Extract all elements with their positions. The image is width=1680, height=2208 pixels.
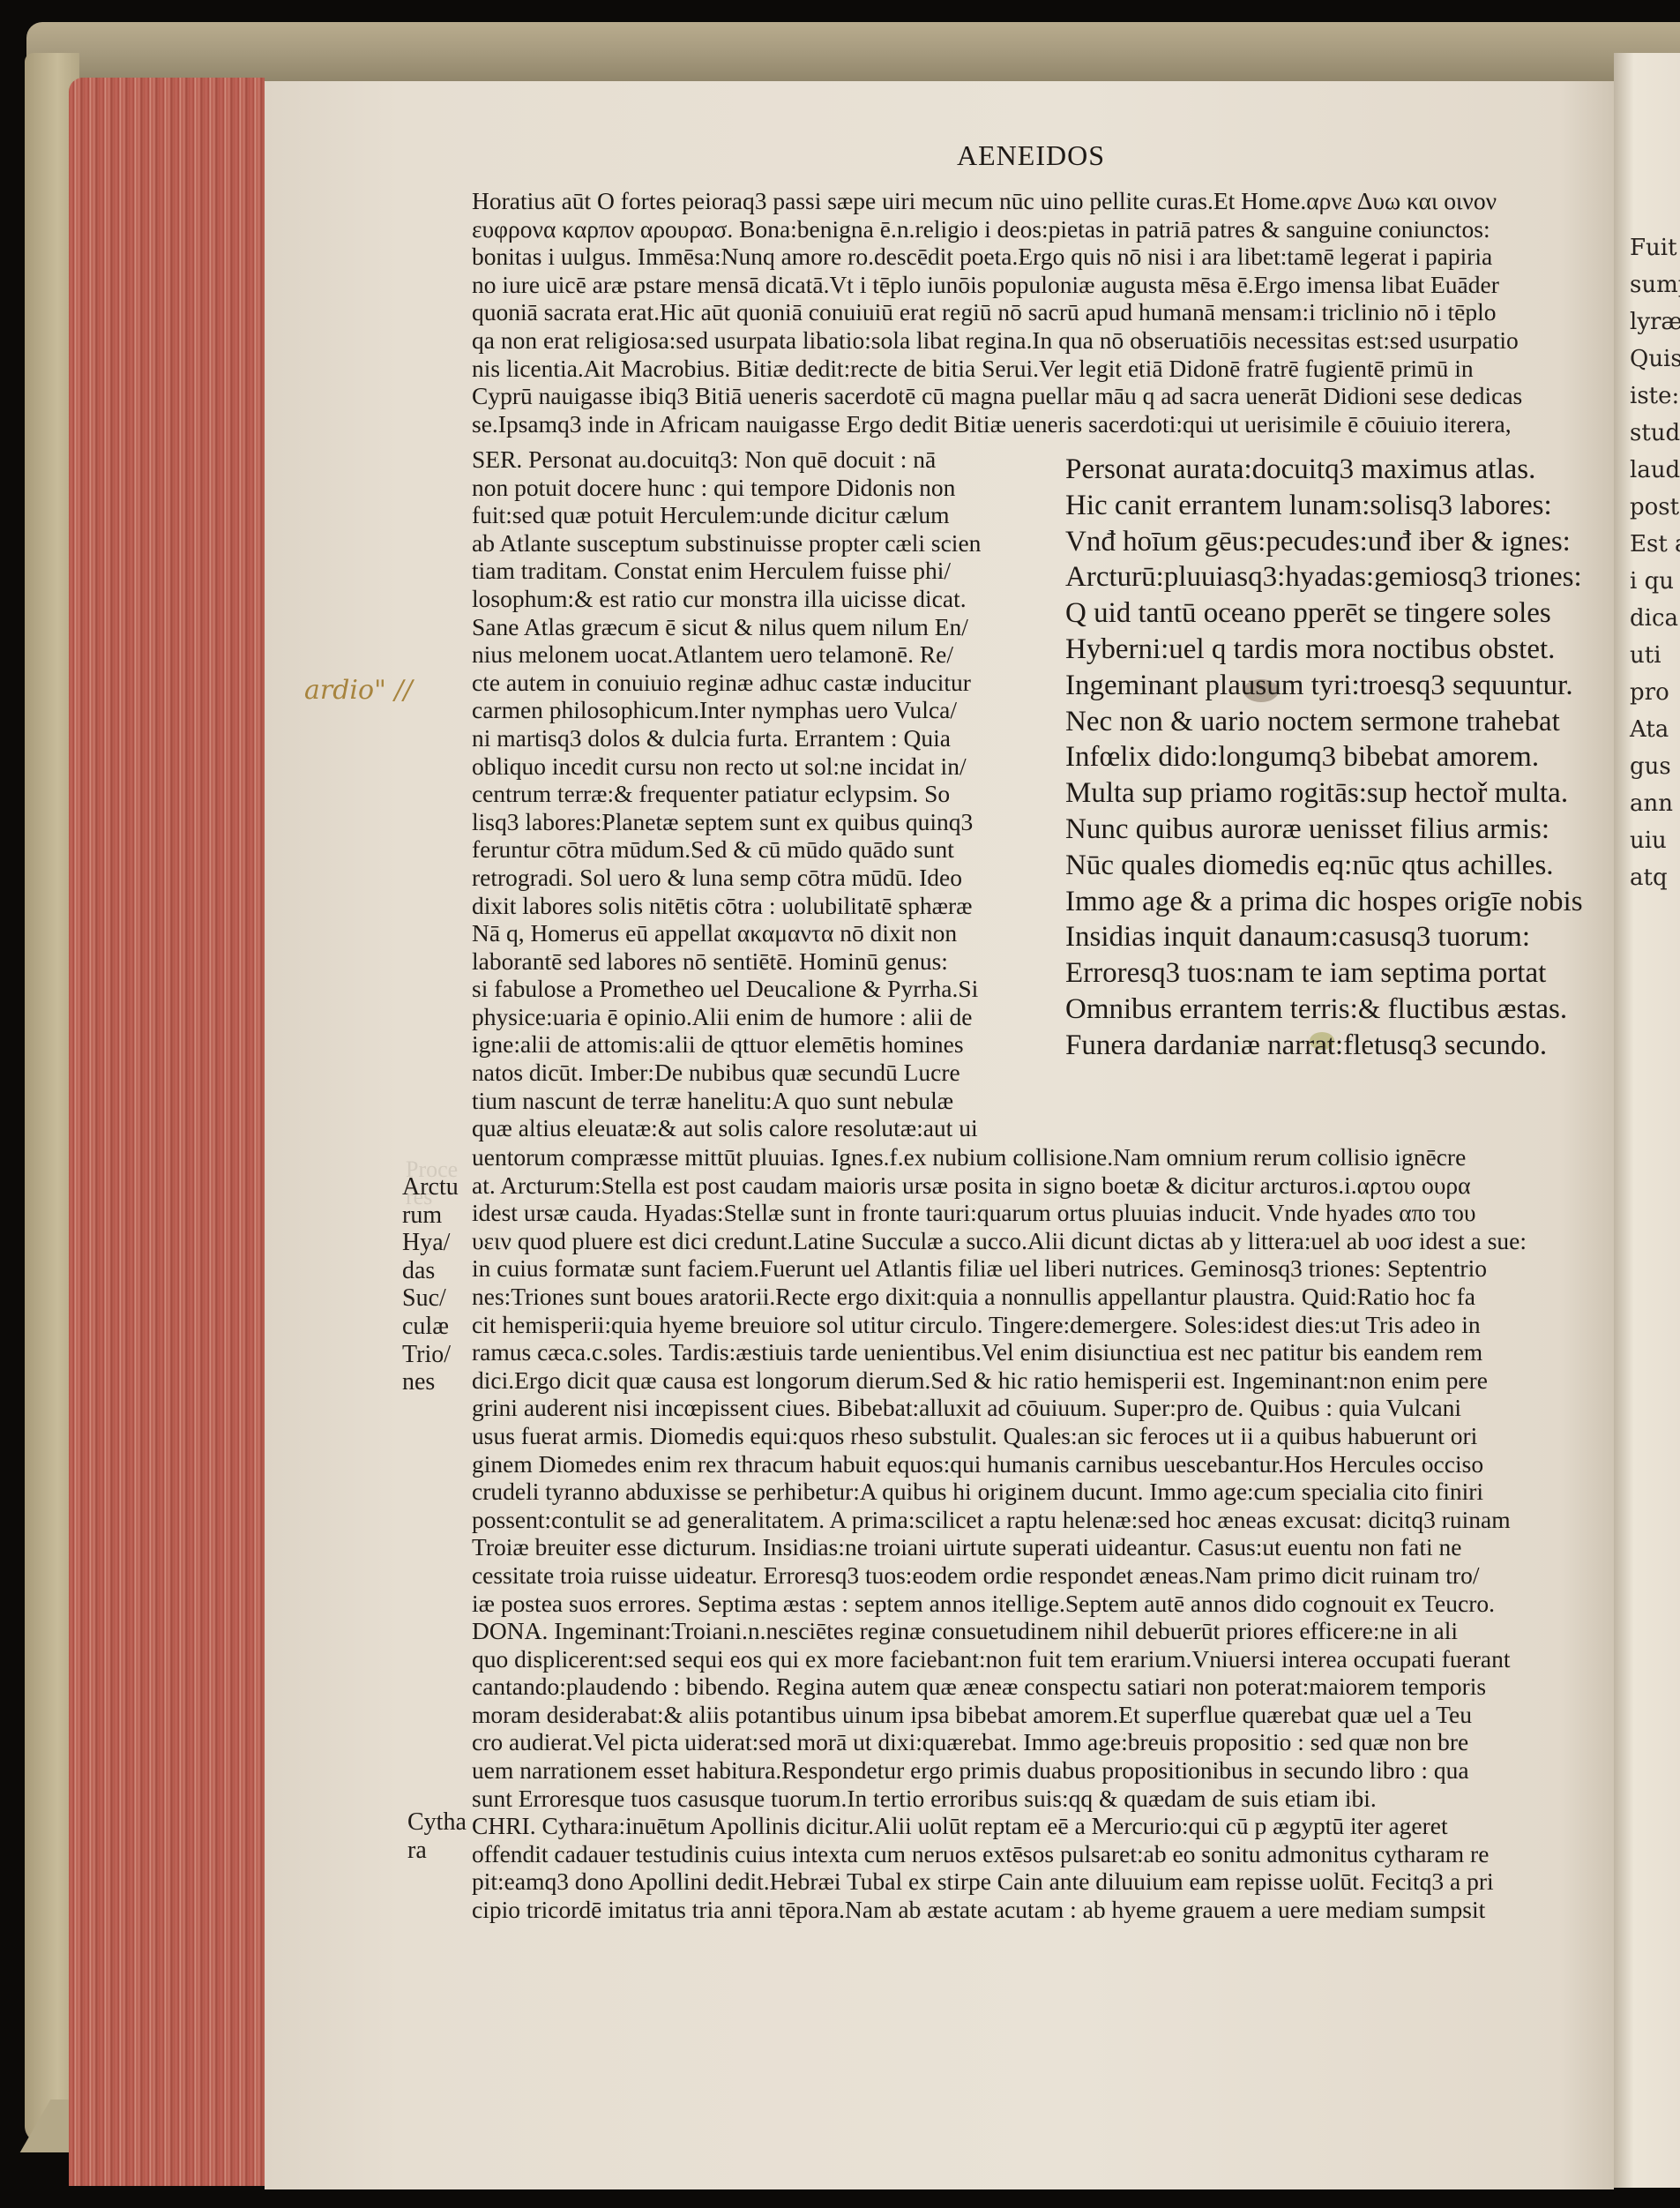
lower-commentary: uentorum compræsse mittūt pluuias. Ignes… bbox=[472, 1143, 1618, 1924]
margin-note-line: culæ bbox=[402, 1313, 459, 1341]
commentary-line: quæ altius eleuatæ:& aut solis calore re… bbox=[472, 1114, 1054, 1142]
book-cover-top bbox=[26, 22, 1680, 84]
verse-line: Ingeminant plausum tyri:troesq3 sequuntu… bbox=[1065, 668, 1612, 704]
commentary-line: obliquo incedit cursu non recto ut sol:n… bbox=[472, 752, 1054, 781]
commentary-line: Sane Atlas græcum ē sicut & nilus quem n… bbox=[472, 613, 1054, 641]
commentary-line: fuit:sed quæ potuit Herculem:unde dicitu… bbox=[472, 501, 1054, 529]
verse-line: Omnibus errantem terris:& fluctibus æsta… bbox=[1065, 992, 1612, 1028]
margin-note-line: Arctu bbox=[402, 1173, 459, 1201]
next-page-fragment: atq bbox=[1630, 859, 1668, 896]
poem-verses: Personat aurata:docuitq3 maximus atlas.H… bbox=[1065, 452, 1612, 1064]
commentary-line: bonitas i uulgus. Immēsa:Nunq amore ro.d… bbox=[472, 243, 1618, 271]
commentary-line: nis licentia.Ait Macrobius. Bitiæ dedit:… bbox=[472, 355, 1618, 383]
verse-line: Personat aurata:docuitq3 maximus atlas. bbox=[1065, 452, 1612, 488]
commentary-line: Cyprū nauigasse ibiq3 Bitiā ueneris sace… bbox=[472, 382, 1618, 410]
commentary-line: sunt Erroresque tuos casusque tuorum.In … bbox=[472, 1785, 1618, 1813]
commentary-line: natos dicūt. Imber:De nubibus quæ secund… bbox=[472, 1059, 1054, 1087]
verse-line: Hyberni:uel q tardis mora noctibus obste… bbox=[1065, 632, 1612, 668]
commentary-line: nius melonem uocat.Atlantem uero telamon… bbox=[472, 640, 1054, 669]
commentary-line: lisq3 labores:Planetæ septem sunt ex qui… bbox=[472, 808, 1054, 836]
commentary-line: laborantē sed labores nō sentiētē. Homin… bbox=[472, 947, 1054, 976]
commentary-line: υειν quod pluere est dici credunt.Latine… bbox=[472, 1227, 1618, 1255]
commentary-line: cessitate troia ruisse uideatur. Errores… bbox=[472, 1561, 1618, 1590]
commentary-line: losophum:& est ratio cur monstra illa ui… bbox=[472, 585, 1054, 613]
commentary-line: cipio tricordē imitatus tria anni tēpora… bbox=[472, 1896, 1618, 1924]
commentary-line: physice:uaria ē opinio.Alii enim de humo… bbox=[472, 1003, 1054, 1031]
commentary-line: CHRI. Cythara:inuētum Apollinis dicitur.… bbox=[472, 1812, 1618, 1840]
commentary-line: ab Atlante susceptum substinuisse propte… bbox=[472, 529, 1054, 558]
next-page-fragment: ann bbox=[1630, 785, 1673, 822]
commentary-left-column: SER. Personat au.docuitq3: Non quē docui… bbox=[472, 445, 1054, 1142]
commentary-line: moram desiderabat:& aliis potantibus uin… bbox=[472, 1701, 1618, 1729]
margin-note-line: rum bbox=[402, 1201, 459, 1230]
margin-note-line: Cytha bbox=[407, 1808, 467, 1837]
commentary-line: nes:Triones sunt boues aratorii.Recte er… bbox=[472, 1283, 1618, 1311]
next-page-fragment: iste:u bbox=[1630, 378, 1680, 415]
commentary-line: quo displicerent:sed sequi eos qui ex mo… bbox=[472, 1645, 1618, 1673]
margin-note-line: das bbox=[402, 1257, 459, 1285]
commentary-line: cit hemisperii:quia hyeme breuiore sol u… bbox=[472, 1311, 1618, 1339]
running-head: AENEIDOS bbox=[957, 139, 1105, 172]
commentary-line: Nā q, Homerus eū appellat ακαμαντα nō di… bbox=[472, 919, 1054, 947]
commentary-line: uem narrationem esset habitura.Respondet… bbox=[472, 1756, 1618, 1785]
commentary-line: Horatius aūt O fortes peioraq3 passi sæp… bbox=[472, 187, 1618, 215]
verse-line: Arcturū:pluuiasq3:hyadas:gemiosq3 trione… bbox=[1065, 559, 1612, 595]
commentary-line: no iure uicē aræ pstare mensā dicatā.Vt … bbox=[472, 271, 1618, 299]
next-page-fragment: laud bbox=[1630, 452, 1680, 489]
commentary-line: iæ postea suos errores. Septima æstas : … bbox=[472, 1590, 1618, 1618]
commentary-line: in cuius formatæ sunt faciem.Fuerunt uel… bbox=[472, 1254, 1618, 1283]
commentary-line: tiam traditam. Constat enim Herculem fui… bbox=[472, 557, 1054, 585]
verse-line: Nūc quales diomedis eq:nūc qtus achilles… bbox=[1065, 848, 1612, 884]
commentary-line: feruntur cōtra mūdum.Sed & cū mūdo quādo… bbox=[472, 835, 1054, 864]
commentary-line: cantando:plaudendo : bibendo. Regina aut… bbox=[472, 1673, 1618, 1701]
commentary-line: ramus cæca.c.soles. Tardis:æstiuis tarde… bbox=[472, 1338, 1618, 1366]
commentary-line: Troiæ breuiter esse dicturum. Insidias:n… bbox=[472, 1533, 1618, 1561]
commentary-line: uentorum compræsse mittūt pluuias. Ignes… bbox=[472, 1143, 1618, 1171]
next-page-fragment: uiu bbox=[1630, 822, 1667, 859]
verse-line: Funera dardaniæ narrat:fletusq3 secundo. bbox=[1065, 1028, 1612, 1064]
commentary-line: offendit cadauer testudinis cuius intext… bbox=[472, 1840, 1618, 1868]
commentary-line: centrum terræ:& frequenter patiatur ecly… bbox=[472, 780, 1054, 808]
commentary-line: at. Arcturum:Stella est post caudam maio… bbox=[472, 1171, 1618, 1200]
verse-line: Nec non & uario noctem sermone trahebat bbox=[1065, 704, 1612, 740]
commentary-line: cro audierat.Vel picta uiderat:sed morā … bbox=[472, 1728, 1618, 1756]
next-page-fragment: gus bbox=[1630, 748, 1671, 785]
next-page-fragment: Ata bbox=[1630, 711, 1669, 748]
handwritten-annotation: ardio" // bbox=[304, 675, 413, 706]
next-page-fragment: lyræ: bbox=[1630, 303, 1680, 341]
commentary-line: carmen philosophicum.Inter nymphas uero … bbox=[472, 696, 1054, 724]
commentary-line: SER. Personat au.docuitq3: Non quē docui… bbox=[472, 445, 1054, 474]
next-page-fragment: Est a bbox=[1630, 526, 1680, 563]
commentary-line: dixit labores solis nitētis cōtra : uolu… bbox=[472, 892, 1054, 920]
next-page-fragment: dica bbox=[1630, 600, 1678, 637]
commentary-line: non potuit docere hunc : qui tempore Did… bbox=[472, 474, 1054, 502]
commentary-line: idest ursæ cauda. Hyadas:Stellæ sunt in … bbox=[472, 1199, 1618, 1227]
commentary-line: igne:alii de attomis:alii de qttuor elem… bbox=[472, 1030, 1054, 1059]
verse-line: Erroresq3 tuos:nam te iam septima portat bbox=[1065, 955, 1612, 992]
next-page-edge: Fuit asumplyræ:Quisiste:ustudilaudpostEs… bbox=[1614, 53, 1680, 2188]
next-page-fragment: studi bbox=[1630, 415, 1680, 452]
commentary-line: retrogradi. Sol uero & luna semp cōtra m… bbox=[472, 864, 1054, 892]
next-page-fragment: Fuit a bbox=[1630, 229, 1680, 266]
margin-note-line: Suc/ bbox=[402, 1284, 459, 1313]
verse-line: Hic canit errantem lunam:solisq3 labores… bbox=[1065, 488, 1612, 524]
commentary-line: ευφρονα καρπον αρουρασ. Bona:benigna ē.n… bbox=[472, 215, 1618, 243]
commentary-line: crudeli tyranno abduxisse se perhibetur:… bbox=[472, 1478, 1618, 1506]
next-page-fragment: uti bbox=[1630, 637, 1661, 674]
verse-line: Q uid tantū oceano pperēt se tingere sol… bbox=[1065, 595, 1612, 632]
margin-note-line: Hya/ bbox=[402, 1229, 459, 1257]
next-page-fragment: sump bbox=[1630, 266, 1680, 303]
margin-note-line: nes bbox=[402, 1368, 459, 1396]
red-page-edges bbox=[69, 78, 265, 2186]
next-page-fragment: post bbox=[1630, 489, 1679, 526]
verse-line: Insidias inquit danaum:casusq3 tuorum: bbox=[1065, 919, 1612, 955]
next-page-fragment: Quis bbox=[1630, 341, 1680, 378]
commentary-line: si fabulose a Prometheo uel Deucalione &… bbox=[472, 975, 1054, 1003]
margin-note-line: ra bbox=[407, 1837, 467, 1865]
commentary-line: ni martisq3 dolos & dulcia furta. Errant… bbox=[472, 724, 1054, 752]
margin-note-arcturum: ArcturumHya/dasSuc/culæTrio/nes bbox=[402, 1173, 459, 1396]
verse-line: Vnđ hoīum gēus:pecudes:unđ iber & ignes: bbox=[1065, 524, 1612, 560]
commentary-line: tium nascunt de terræ hanelitu:A quo sun… bbox=[472, 1087, 1054, 1115]
commentary-line: se.Ipsamq3 inde in Africam nauigasse Erg… bbox=[472, 410, 1618, 438]
verse-line: Infœlix dido:longumq3 bibebat amorem. bbox=[1065, 739, 1612, 775]
verse-line: Nunc quibus auroræ uenisset filius armis… bbox=[1065, 812, 1612, 848]
commentary-line: qa non erat religiosa:sed usurpata libat… bbox=[472, 326, 1618, 355]
margin-note-line: Trio/ bbox=[402, 1341, 459, 1369]
commentary-line: pit:eamq3 dono Apollini dedit.Hebræi Tub… bbox=[472, 1867, 1618, 1896]
commentary-line: cte autem in conuiuio reginæ adhuc castæ… bbox=[472, 669, 1054, 697]
next-page-fragment: i qu bbox=[1630, 563, 1674, 600]
verse-line: Immo age & a prima dic hospes origīe nob… bbox=[1065, 884, 1612, 920]
commentary-line: ginem Diomedes enim rex thracum habuit e… bbox=[472, 1450, 1618, 1478]
commentary-line: quoniā sacrata erat.Hic aūt quoniā conui… bbox=[472, 298, 1618, 326]
commentary-line: grini auderent nisi incœpissent ciues. B… bbox=[472, 1394, 1618, 1422]
verse-line: Multa sup priamo rogitās:sup hectoř mult… bbox=[1065, 775, 1612, 812]
commentary-line: DONA. Ingeminant:Troiani.n.nesciētes reg… bbox=[472, 1617, 1618, 1645]
margin-note-cythara: Cythara bbox=[407, 1808, 467, 1864]
commentary-line: usus fuerat armis. Diomedis equi:quos rh… bbox=[472, 1422, 1618, 1450]
commentary-line: dici.Ergo dicit quæ causa est longorum d… bbox=[472, 1366, 1618, 1395]
commentary-line: possent:contulit se ad generalitatem. A … bbox=[472, 1506, 1618, 1534]
next-page-fragment: pro bbox=[1630, 674, 1669, 711]
top-commentary: Horatius aūt O fortes peioraq3 passi sæp… bbox=[472, 187, 1618, 438]
